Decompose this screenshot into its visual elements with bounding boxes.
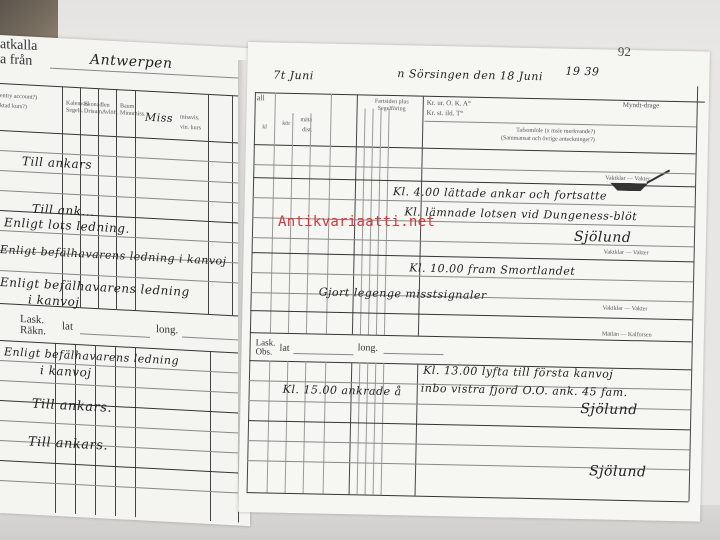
page-number: 92: [618, 44, 631, 60]
remarks-header-2: (Sammansat och övrige anteckninger?): [501, 135, 595, 144]
col-kl: kl: [262, 124, 267, 131]
small-header-1: entry account?): [0, 93, 37, 102]
handwritten-from-port: Antwerpen: [90, 52, 172, 72]
handwritten-year: 19 39: [565, 65, 599, 79]
watch-label-1: Vaktklar — Vakter: [605, 176, 650, 184]
watch-label-4: Mätlän — Kalforsen: [602, 331, 652, 339]
lask-label-2: Obs.: [255, 347, 272, 356]
handwritten-location-date: n Sörsingen den 18 Juni: [397, 67, 543, 83]
table-right-border: [688, 86, 698, 501]
long-label: long.: [358, 342, 379, 353]
miss-label: Miss: [145, 111, 173, 125]
header-printed-2: a från: [0, 52, 32, 70]
miss-sub-1: missvis.: [180, 114, 200, 122]
entry-9: Till ankars.: [32, 397, 112, 416]
watch-label-2: Vaktklar — Vakter: [604, 249, 649, 257]
entry-10: Till ankars.: [28, 434, 108, 453]
col-fartsiden: Fartsiden plus Segelföring: [367, 99, 417, 114]
lask-label-2: Räkn.: [20, 325, 46, 337]
header-bottom-rule: [254, 144, 696, 154]
header-small-all: all: [257, 94, 265, 101]
right-page: 92 all 7t Juni n Sörsingen den 18 Juni 1…: [238, 42, 710, 522]
handwritten-date-left: 7t Juni: [273, 69, 314, 83]
grid-hline: [0, 460, 250, 474]
small-header-2: ktad kurs?): [0, 103, 27, 111]
miss-sub-2: vin. kurs: [180, 124, 201, 132]
grid-hline: [0, 420, 250, 434]
grid-hline: [253, 164, 695, 174]
grid-vline: [270, 93, 276, 333]
left-page: atkalla a från Antwerpen entry account?)…: [0, 35, 250, 526]
grid-vline: [95, 345, 96, 515]
header-bottom-rule: [0, 130, 250, 144]
grid-hline: [0, 380, 250, 394]
entry-1: Till ankars: [22, 154, 92, 172]
signature-3: Sjölund: [589, 463, 647, 480]
grid-hline: [0, 170, 250, 184]
grid-hline: [248, 420, 690, 430]
signature-1: Sjölund: [574, 229, 632, 246]
col-header-1: Kalenvas Segels.: [66, 100, 80, 115]
grid-hline: [424, 121, 696, 128]
lat-line: [80, 333, 150, 338]
grid-hline: [248, 440, 690, 450]
col-kor: kör: [282, 121, 290, 128]
col-header-2: Ekonad Drisum.: [84, 101, 98, 116]
grid-vline: [115, 346, 116, 516]
entry-7: inbo vistra fjord O.O. ank. 45 fam.: [421, 382, 628, 399]
long-line: [383, 353, 443, 355]
entry-4: Enligt befälhavarens ledning i kanvoj: [0, 243, 227, 268]
watermark: Antikvariaatti.net: [278, 214, 435, 230]
kr-line-2: Kr. st. ild. T°: [426, 110, 463, 118]
watch-label-3: Vaktklar — Vakter: [602, 305, 647, 313]
lat-label: lat: [279, 343, 289, 354]
entry-8: i kanvoj: [40, 363, 92, 380]
col-header-3: Ien Avlöft.: [102, 102, 116, 117]
signature-2: Sjölund: [580, 401, 638, 418]
table-bottom-rule: [247, 492, 689, 502]
entry-4: Gjort legenge misstsignaler: [319, 286, 487, 303]
long-line: [182, 337, 242, 341]
grid-vline: [135, 347, 136, 517]
long-label: long.: [156, 323, 178, 336]
grid-hline: [0, 480, 250, 494]
table-top-rule: [0, 83, 250, 97]
header-distance: Myndt-drage: [623, 102, 660, 110]
kr-line-1: Kr. ur. O. K. A°: [427, 100, 471, 108]
lat-line: [293, 353, 353, 355]
entry-5: Kl. 13.00 lyfta till första kanvoj: [423, 364, 613, 381]
entry-6: Kl. 15.00 ankrade å: [283, 383, 402, 398]
col-header-4: Baum Minnmiss.: [120, 103, 134, 118]
entry-6: i kanvoj: [28, 292, 80, 309]
grid-vline: [210, 351, 211, 521]
lat-label: lat: [62, 320, 73, 333]
